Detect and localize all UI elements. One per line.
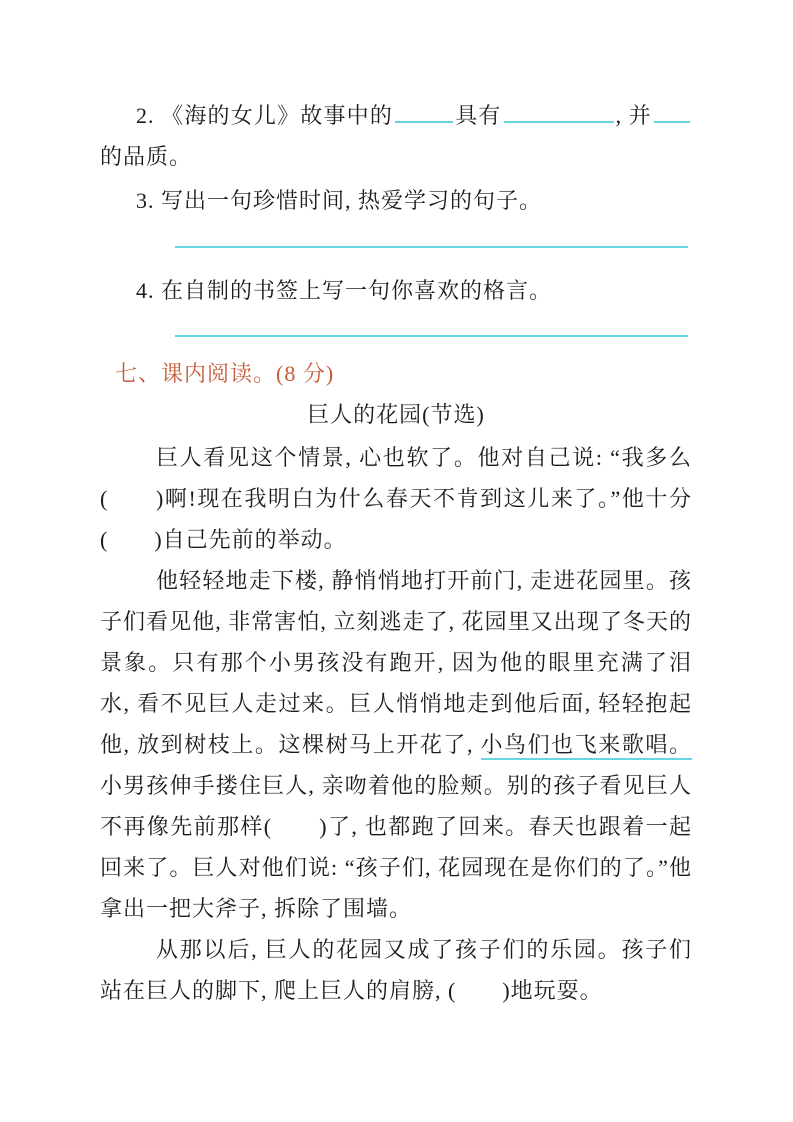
underlined-phrase: 小鸟们也飞来歌唱。 [481, 732, 692, 760]
passage-title: 巨人的花园(节选) [100, 394, 692, 435]
question-2-text-pre: 2. 《海的女儿》故事中的 [136, 103, 393, 128]
question-2-text-mid: 具有 [455, 103, 502, 128]
question-2-text-conj: , 并 [616, 103, 652, 128]
question-item-2: 2. 《海的女儿》故事中的具有, 并的品质。 [100, 95, 692, 177]
answer-line [175, 221, 688, 248]
answer-line [175, 311, 688, 337]
paragraph-2-text-post: 小男孩伸手搂住巨人, 亲吻着他的脸颊。别的孩子看见巨人不再像先前那样( )了, … [100, 773, 692, 921]
question-2-text-tail: 的品质。 [100, 144, 192, 169]
paragraph-3-text: 从那以后, 巨人的花园又成了孩子们的乐园。孩子们站在巨人的脚下, 爬上巨人的肩膀… [100, 937, 692, 1003]
question-item-3: 3. 写出一句珍惜时间, 热爱学习的句子。 [100, 180, 692, 221]
fill-blank-underline [654, 101, 690, 123]
passage-paragraph-1: 巨人看见这个情景, 心也软了。他对自己说: “我多么( )啊!现在我明白为什么春… [100, 437, 692, 560]
fill-blank-underline [504, 101, 614, 123]
fill-blank-underline [395, 101, 453, 123]
worksheet-page: 2. 《海的女儿》故事中的具有, 并的品质。 3. 写出一句珍惜时间, 热爱学习… [100, 95, 692, 1011]
section-seven-heading: 七、课内阅读。(8 分) [115, 353, 692, 394]
question-3-text: 3. 写出一句珍惜时间, 热爱学习的句子。 [136, 188, 542, 213]
passage-paragraph-3: 从那以后, 巨人的花园又成了孩子们的乐园。孩子们站在巨人的脚下, 爬上巨人的肩膀… [100, 929, 692, 1011]
question-4-text: 4. 在自制的书签上写一句你喜欢的格言。 [136, 278, 552, 303]
paragraph-2-text-pre: 他轻轻地走下楼, 静悄悄地打开前门, 走进花园里。孩子们看见他, 非常害怕, 立… [100, 568, 692, 757]
paragraph-1-text: 巨人看见这个情景, 心也软了。他对自己说: “我多么( )啊!现在我明白为什么春… [100, 445, 692, 552]
question-item-4: 4. 在自制的书签上写一句你喜欢的格言。 [100, 270, 692, 311]
passage-paragraph-2: 他轻轻地走下楼, 静悄悄地打开前门, 走进花园里。孩子们看见他, 非常害怕, 立… [100, 560, 692, 929]
